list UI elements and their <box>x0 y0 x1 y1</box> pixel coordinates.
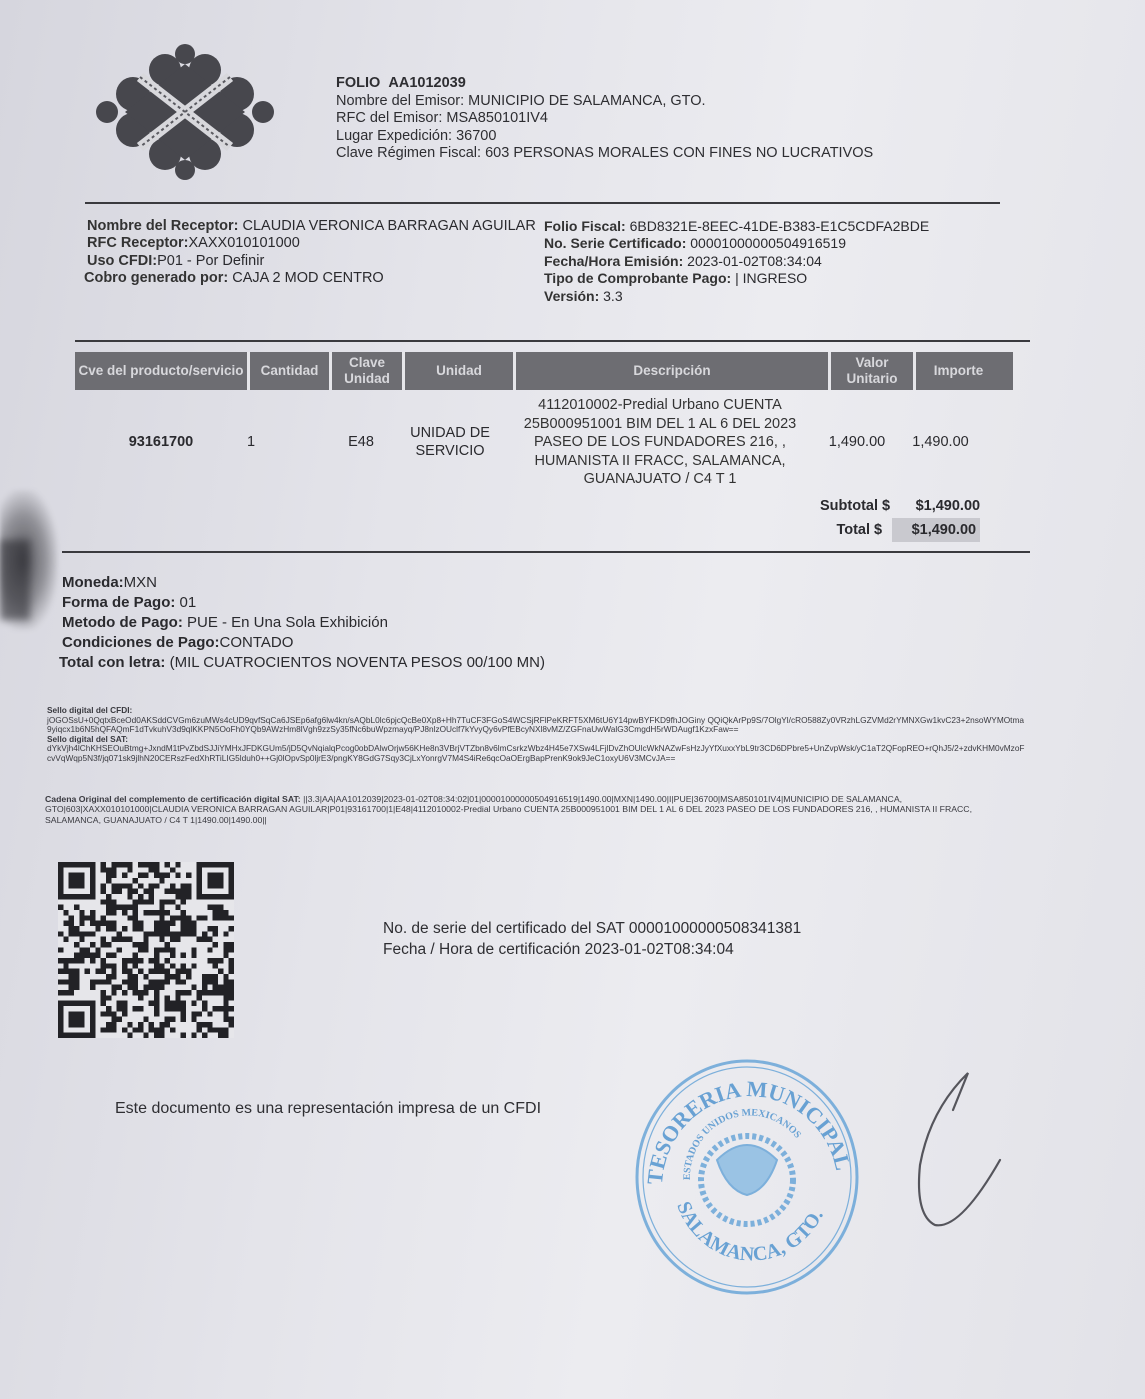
version: Versión: 3.3 <box>544 288 929 305</box>
sello-cfdi: jOGOSsU+0QqtxBceOd0AKSddCVGm6zuMWs4cUD9q… <box>47 716 1027 735</box>
cell-valor-unitario: 1,490.00 <box>816 396 898 489</box>
cadena-original: Cadena Original del complemento de certi… <box>45 794 1025 825</box>
municipal-logo-icon <box>95 42 275 182</box>
folio-fiscal: Folio Fiscal: 6BD8321E-8EEC-41DE-B383-E1… <box>544 218 929 235</box>
pago-block: Moneda:MXN Forma de Pago: 01 Metodo de P… <box>62 573 545 673</box>
header-valor-unitario: Valor Unitario <box>831 352 916 390</box>
header-cantidad: Cantidad <box>250 352 332 390</box>
totals-block: Subtotal $ $1,490.00 Total $ $1,490.00 <box>820 494 980 542</box>
cell-importe: 1,490.00 <box>898 396 983 489</box>
qr-code-icon <box>57 862 235 1038</box>
leyenda: Este documento es una representación imp… <box>115 1100 541 1118</box>
svg-text:SALAMANCA, GTO.: SALAMANCA, GTO. <box>672 1198 828 1265</box>
receptor-rfc: RFC Receptor:XAXX010101000 <box>87 235 537 252</box>
sello-sat: dYkVjh4lChKHSEOuBtmg+JxndM1tPvZbdSJJiYMH… <box>47 744 1027 763</box>
emisor-regimen: Clave Régimen Fiscal: 603 PERSONAS MORAL… <box>336 145 873 163</box>
moneda: Moneda:MXN <box>62 573 545 593</box>
receptor-block: Nombre del Receptor: CLAUDIA VERONICA BA… <box>87 218 537 288</box>
cell-clave: 93161700 <box>75 396 247 489</box>
total-row: Total $ $1,490.00 <box>820 518 980 542</box>
total-value: $1,490.00 <box>892 518 980 542</box>
forma-pago: Forma de Pago: 01 <box>62 593 545 613</box>
subtotal-value: $1,490.00 <box>900 494 980 518</box>
stamp-bottom-text: SALAMANCA, GTO. <box>672 1198 828 1265</box>
folio-line: FOLIO AA1012039 <box>336 75 873 93</box>
total-letra: Total con letra: (MIL CUATROCIENTOS NOVE… <box>59 653 545 673</box>
cell-descripcion: 4112010002-Predial Urbano CUENTA 25B0009… <box>504 396 816 489</box>
scan-smudge <box>0 540 30 620</box>
emisor-block: FOLIO AA1012039 Nombre del Emisor: MUNIC… <box>336 75 873 163</box>
divider <box>75 340 1030 342</box>
condiciones-pago: Condiciones de Pago:CONTADO <box>62 633 545 653</box>
receptor-uso: Uso CFDI:P01 - Por Definir <box>87 253 537 270</box>
header-importe: Importe <box>916 352 1001 390</box>
signature-icon <box>915 1065 1015 1240</box>
header-clave-unidad: Clave Unidad <box>332 352 405 390</box>
fecha-certificacion: Fecha / Hora de certificación 2023-01-02… <box>383 939 801 960</box>
emisor-rfc: RFC del Emisor: MSA850101IV4 <box>336 110 873 128</box>
conceptos-table: Cve del producto/servicio Cantidad Clave… <box>75 352 1013 489</box>
header-cve: Cve del producto/servicio <box>75 352 250 390</box>
certificacion-block: No. de serie del certificado del SAT 000… <box>383 918 801 960</box>
serie-sat: No. de serie del certificado del SAT 000… <box>383 918 801 939</box>
table-header: Cve del producto/servicio Cantidad Clave… <box>75 352 1013 390</box>
cell-unidad: UNIDAD DE SERVICIO <box>396 396 504 489</box>
emisor-nombre: Nombre del Emisor: MUNICIPIO DE SALAMANC… <box>336 93 873 111</box>
sellos-block: Sello digital del CFDI: jOGOSsU+0QqtxBce… <box>47 706 1027 764</box>
header-descripcion: Descripción <box>516 352 831 390</box>
serie-certificado: No. Serie Certificado: 00001000000504916… <box>544 235 929 252</box>
divider <box>62 551 1030 553</box>
cell-clave-unidad: E48 <box>326 396 396 489</box>
folio-value: AA1012039 <box>388 75 465 91</box>
divider <box>85 202 1000 204</box>
header-unidad: Unidad <box>405 352 516 390</box>
receptor-cobro: Cobro generado por: CAJA 2 MOD CENTRO <box>84 270 537 287</box>
metodo-pago: Metodo de Pago: PUE - En Una Sola Exhibi… <box>62 613 545 633</box>
fecha-emision: Fecha/Hora Emisión: 2023-01-02T08:34:04 <box>544 253 929 270</box>
receptor-nombre: Nombre del Receptor: CLAUDIA VERONICA BA… <box>87 218 537 235</box>
emisor-lugar: Lugar Expedición: 36700 <box>336 128 873 146</box>
tesoreria-stamp-icon: TESORERIA MUNICIPAL ESTADOS UNIDOS MEXIC… <box>632 1055 862 1295</box>
table-row: 93161700 1 E48 UNIDAD DE SERVICIO 411201… <box>75 396 1013 489</box>
fiscal-block: Folio Fiscal: 6BD8321E-8EEC-41DE-B383-E1… <box>544 218 929 305</box>
subtotal-row: Subtotal $ $1,490.00 <box>820 494 980 518</box>
tipo-comprobante: Tipo de Comprobante Pago: | INGRESO <box>544 270 929 287</box>
cell-cantidad: 1 <box>247 396 326 489</box>
